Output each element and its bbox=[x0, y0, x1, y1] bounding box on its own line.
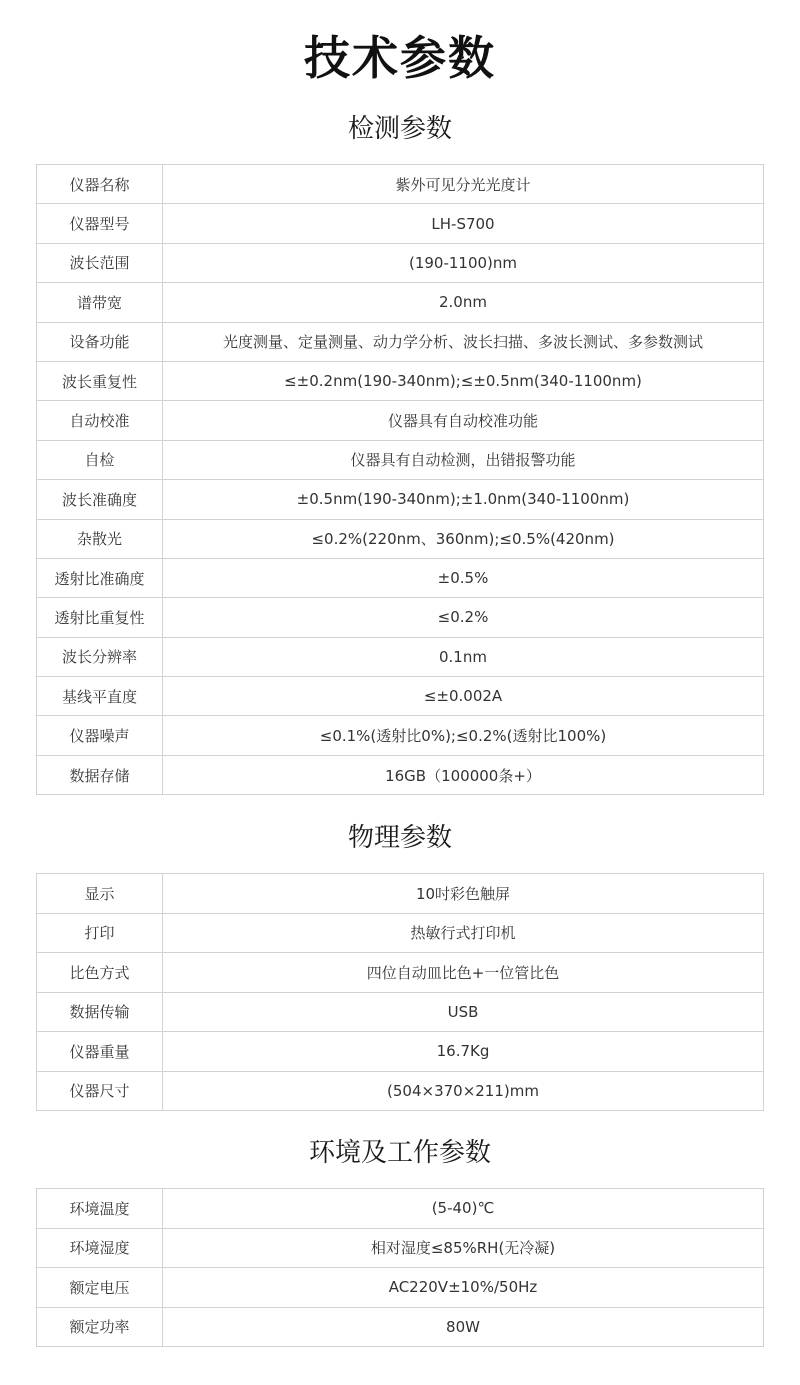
row-label: 额定电压 bbox=[37, 1268, 163, 1308]
table-row: 仪器尺寸(504×370×211)mm bbox=[37, 1071, 764, 1111]
row-label: 仪器尺寸 bbox=[37, 1071, 163, 1111]
row-label: 仪器名称 bbox=[37, 165, 163, 204]
row-value: USB bbox=[163, 992, 764, 1032]
physical-params-table: 显示10吋彩色触屏 打印热敏行式打印机 比色方式四位自动皿比色+一位管比色 数据… bbox=[36, 873, 764, 1111]
row-value: ≤0.1%(透射比0%);≤0.2%(透射比100%) bbox=[163, 716, 764, 755]
row-label: 自检 bbox=[37, 440, 163, 479]
row-label: 数据传输 bbox=[37, 992, 163, 1032]
section-title-detection: 检测参数 bbox=[0, 112, 800, 146]
table-row: 透射比准确度±0.5% bbox=[37, 558, 764, 597]
row-label: 波长分辨率 bbox=[37, 637, 163, 676]
environment-params-table: 环境温度(5-40)℃ 环境湿度相对湿度≤85%RH(无冷凝) 额定电压AC22… bbox=[36, 1188, 764, 1347]
row-label: 仪器型号 bbox=[37, 204, 163, 243]
row-label: 仪器重量 bbox=[37, 1032, 163, 1072]
row-value: 10吋彩色触屏 bbox=[163, 874, 764, 914]
row-value: 0.1nm bbox=[163, 637, 764, 676]
row-value: ±0.5nm(190-340nm);±1.0nm(340-1100nm) bbox=[163, 480, 764, 519]
section-title-environment: 环境及工作参数 bbox=[0, 1136, 800, 1170]
section-title-physical: 物理参数 bbox=[0, 821, 800, 855]
table-row: 额定电压AC220V±10%/50Hz bbox=[37, 1268, 764, 1308]
table-row: 数据存储16GB（100000条+） bbox=[37, 755, 764, 794]
row-value: (190-1100)nm bbox=[163, 243, 764, 282]
table-row: 比色方式四位自动皿比色+一位管比色 bbox=[37, 953, 764, 993]
row-value: (5-40)℃ bbox=[163, 1189, 764, 1229]
table-row: 环境湿度相对湿度≤85%RH(无冷凝) bbox=[37, 1228, 764, 1268]
row-value: ≤±0.002A bbox=[163, 677, 764, 716]
row-value: 光度测量、定量测量、动力学分析、波长扫描、多波长测试、多参数测试 bbox=[163, 322, 764, 361]
table-row: 波长范围(190-1100)nm bbox=[37, 243, 764, 282]
row-label: 谱带宽 bbox=[37, 283, 163, 322]
table-row: 基线平直度≤±0.002A bbox=[37, 677, 764, 716]
row-label: 显示 bbox=[37, 874, 163, 914]
table-row: 额定功率80W bbox=[37, 1307, 764, 1347]
row-label: 基线平直度 bbox=[37, 677, 163, 716]
row-label: 打印 bbox=[37, 913, 163, 953]
table-row: 环境温度(5-40)℃ bbox=[37, 1189, 764, 1229]
table-row: 波长重复性≤±0.2nm(190-340nm);≤±0.5nm(340-1100… bbox=[37, 361, 764, 400]
row-value: LH-S700 bbox=[163, 204, 764, 243]
row-label: 环境湿度 bbox=[37, 1228, 163, 1268]
detection-params-table: 仪器名称紫外可见分光光度计 仪器型号LH-S700 波长范围(190-1100)… bbox=[36, 164, 764, 795]
row-value: 仪器具有自动校准功能 bbox=[163, 401, 764, 440]
row-label: 数据存储 bbox=[37, 755, 163, 794]
row-value: 80W bbox=[163, 1307, 764, 1347]
row-value: (504×370×211)mm bbox=[163, 1071, 764, 1111]
row-label: 自动校准 bbox=[37, 401, 163, 440]
row-value: 紫外可见分光光度计 bbox=[163, 165, 764, 204]
row-label: 透射比准确度 bbox=[37, 558, 163, 597]
row-label: 设备功能 bbox=[37, 322, 163, 361]
row-value: 热敏行式打印机 bbox=[163, 913, 764, 953]
row-label: 波长重复性 bbox=[37, 361, 163, 400]
table-row: 波长分辨率0.1nm bbox=[37, 637, 764, 676]
row-label: 杂散光 bbox=[37, 519, 163, 558]
table-row: 自检仪器具有自动检测，出错报警功能 bbox=[37, 440, 764, 479]
row-label: 波长准确度 bbox=[37, 480, 163, 519]
row-label: 环境温度 bbox=[37, 1189, 163, 1229]
table-row: 谱带宽2.0nm bbox=[37, 283, 764, 322]
row-value: ≤±0.2nm(190-340nm);≤±0.5nm(340-1100nm) bbox=[163, 361, 764, 400]
table-row: 仪器名称紫外可见分光光度计 bbox=[37, 165, 764, 204]
page-title: 技术参数 bbox=[0, 28, 800, 88]
table-row: 设备功能光度测量、定量测量、动力学分析、波长扫描、多波长测试、多参数测试 bbox=[37, 322, 764, 361]
row-label: 比色方式 bbox=[37, 953, 163, 993]
row-label: 透射比重复性 bbox=[37, 598, 163, 637]
table-row: 打印热敏行式打印机 bbox=[37, 913, 764, 953]
row-value: AC220V±10%/50Hz bbox=[163, 1268, 764, 1308]
table-row: 透射比重复性≤0.2% bbox=[37, 598, 764, 637]
row-value: 16.7Kg bbox=[163, 1032, 764, 1072]
table-row: 自动校准仪器具有自动校准功能 bbox=[37, 401, 764, 440]
table-row: 显示10吋彩色触屏 bbox=[37, 874, 764, 914]
table-row: 仪器重量16.7Kg bbox=[37, 1032, 764, 1072]
table-row: 数据传输USB bbox=[37, 992, 764, 1032]
table-row: 仪器噪声≤0.1%(透射比0%);≤0.2%(透射比100%) bbox=[37, 716, 764, 755]
row-value: 16GB（100000条+） bbox=[163, 755, 764, 794]
row-value: 仪器具有自动检测，出错报警功能 bbox=[163, 440, 764, 479]
table-row: 波长准确度±0.5nm(190-340nm);±1.0nm(340-1100nm… bbox=[37, 480, 764, 519]
row-value: ≤0.2% bbox=[163, 598, 764, 637]
row-label: 波长范围 bbox=[37, 243, 163, 282]
row-value: 相对湿度≤85%RH(无冷凝) bbox=[163, 1228, 764, 1268]
row-label: 额定功率 bbox=[37, 1307, 163, 1347]
row-value: 2.0nm bbox=[163, 283, 764, 322]
row-value: ≤0.2%(220nm、360nm);≤0.5%(420nm) bbox=[163, 519, 764, 558]
table-row: 杂散光≤0.2%(220nm、360nm);≤0.5%(420nm) bbox=[37, 519, 764, 558]
row-value: ±0.5% bbox=[163, 558, 764, 597]
row-label: 仪器噪声 bbox=[37, 716, 163, 755]
row-value: 四位自动皿比色+一位管比色 bbox=[163, 953, 764, 993]
table-row: 仪器型号LH-S700 bbox=[37, 204, 764, 243]
